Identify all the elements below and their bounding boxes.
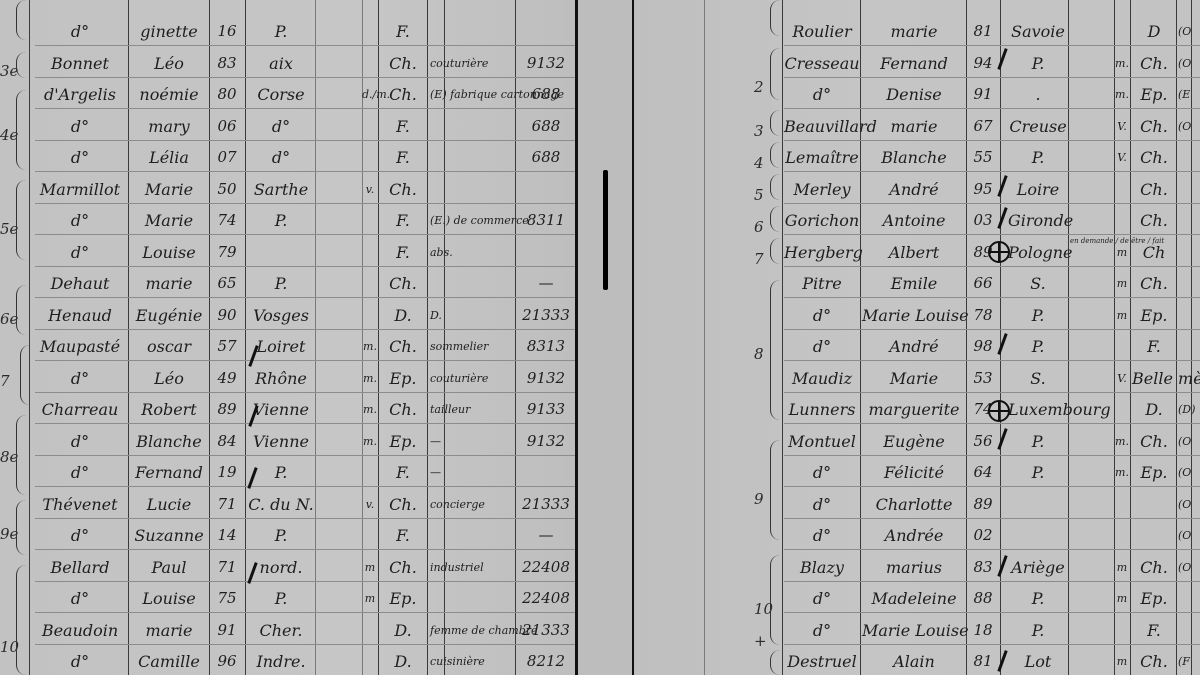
cell-year: 06 <box>210 111 244 142</box>
cell-birthplace: P. <box>248 268 314 299</box>
cell-mark <box>1178 205 1200 236</box>
cell-status: m. <box>362 426 378 457</box>
cell-code: 688 <box>517 79 575 110</box>
cell-year: 79 <box>210 237 244 268</box>
table-row: d°Louise79F.abs. <box>0 237 578 268</box>
cell-relation: Ch. <box>1132 142 1176 173</box>
cell-surname: Maupasté <box>32 331 128 362</box>
cell-relation: Ch. <box>1132 48 1176 79</box>
cell-note <box>1070 174 1114 205</box>
cell-mark: (D) <box>1178 394 1200 425</box>
cell-relation: Ch. <box>1132 205 1176 236</box>
row-rule <box>784 77 1200 78</box>
household-brace <box>770 238 781 264</box>
cell-status <box>1114 331 1130 362</box>
cell-first: Paul <box>130 552 208 583</box>
cell-year: 07 <box>210 142 244 173</box>
cell-occupation <box>430 583 530 614</box>
table-row: d°Marie Louise18P.F. <box>636 615 1200 646</box>
cell-birthplace: C. du N. <box>248 489 314 520</box>
household-number: 9 <box>754 490 764 508</box>
cell-occupation: — <box>430 457 530 488</box>
cell-year: 78 <box>968 300 998 331</box>
table-row: d°Charlotte89(O <box>636 489 1200 520</box>
cell-relation: Ep. <box>380 363 426 394</box>
cell-relation: F. <box>380 237 426 268</box>
cell-birthplace: Sarthe <box>248 174 314 205</box>
cell-year: 96 <box>210 646 244 675</box>
cell-surname: d° <box>32 142 128 173</box>
cell-occupation <box>430 520 530 551</box>
table-row: d°Marie74P.F.(E.) de commerce8311 <box>0 205 578 236</box>
cell-birthplace: d° <box>248 142 314 173</box>
cell-mark: (O <box>1178 48 1200 79</box>
cell-surname: Pitre <box>784 268 860 299</box>
cell-note <box>1070 552 1114 583</box>
cell-occupation: tailleur <box>430 394 530 425</box>
cell-relation: D <box>1132 16 1176 47</box>
household-brace <box>16 285 27 335</box>
table-row: BellardPaul71nord.mCh.industriel22408 <box>0 552 578 583</box>
cell-surname: d° <box>32 205 128 236</box>
cell-surname: d° <box>784 457 860 488</box>
cell-code <box>517 457 575 488</box>
cell-relation: Ch. <box>1132 174 1176 205</box>
table-row: d°Andrée02(O <box>636 520 1200 551</box>
cell-note <box>1070 331 1114 362</box>
cell-year: 71 <box>210 489 244 520</box>
row-rule <box>35 486 575 487</box>
table-row: CresseauFernand94P.m.Ch.(O <box>636 48 1200 79</box>
cell-year: 88 <box>968 583 998 614</box>
cell-surname: Beauvillard <box>784 111 860 142</box>
cell-first: marie <box>130 615 208 646</box>
cell-occupation: sommelier <box>430 331 530 362</box>
cell-occupation: (E.) de commerce <box>430 205 530 236</box>
cell-code <box>517 174 575 205</box>
right-register-page: Rouliermarie81SavoieD(OCresseauFernand94… <box>636 0 1200 675</box>
cell-first: mary <box>130 111 208 142</box>
cell-relation: Ch. <box>380 174 426 205</box>
household-number: + <box>754 632 767 650</box>
cell-mark: (O <box>1178 520 1200 551</box>
cell-relation: D. <box>380 300 426 331</box>
cell-first: Marie <box>130 174 208 205</box>
cell-birthplace: P. <box>248 16 314 47</box>
table-row: d°Louise75P.mEp.22408 <box>0 583 578 614</box>
cell-surname: Montuel <box>784 426 860 457</box>
cell-surname: Destruel <box>784 646 860 675</box>
cell-birthplace: Corse <box>248 79 314 110</box>
cell-status: m. <box>362 394 378 425</box>
cell-status: v. <box>362 489 378 520</box>
cell-status <box>362 300 378 331</box>
table-row: d°mary06d°F.688 <box>0 111 578 142</box>
cell-year: 71 <box>210 552 244 583</box>
cell-birthplace: Loire <box>1008 174 1068 205</box>
cell-relation: F. <box>380 111 426 142</box>
cell-code <box>517 16 575 47</box>
cell-year: 16 <box>210 16 244 47</box>
row-rule <box>784 518 1200 519</box>
cell-status: m <box>1114 268 1130 299</box>
cell-surname: Merley <box>784 174 860 205</box>
cell-first: Lucie <box>130 489 208 520</box>
cell-surname: d° <box>32 16 128 47</box>
cell-code: 22408 <box>517 552 575 583</box>
table-row: LemaîtreBlanche55P.V.Ch. <box>636 142 1200 173</box>
cell-occupation <box>430 174 530 205</box>
cell-year: 91 <box>968 79 998 110</box>
cell-first: Camille <box>130 646 208 675</box>
cell-year: 19 <box>210 457 244 488</box>
cell-birthplace: P. <box>248 583 314 614</box>
cell-surname: Charreau <box>32 394 128 425</box>
table-row: MontuelEugène56P.m.Ch.(O <box>636 426 1200 457</box>
household-number: 7 <box>754 250 764 268</box>
cell-first: Fernand <box>130 457 208 488</box>
cell-year: 14 <box>210 520 244 551</box>
cell-surname: Dehaut <box>32 268 128 299</box>
cell-year: 50 <box>210 174 244 205</box>
cell-birthplace: P. <box>1008 457 1068 488</box>
row-rule <box>35 108 575 109</box>
cell-code: 9133 <box>517 394 575 425</box>
cell-year: 66 <box>968 268 998 299</box>
table-row: Beaudoinmarie91Cher.D.femme de chambre21… <box>0 615 578 646</box>
row-rule <box>784 423 1200 424</box>
cell-relation: Ch. <box>1132 111 1176 142</box>
cell-mark <box>1178 237 1200 268</box>
cell-surname: Marmillot <box>32 174 128 205</box>
cell-surname: Roulier <box>784 16 860 47</box>
cell-year: 98 <box>968 331 998 362</box>
cell-code: 8212 <box>517 646 575 675</box>
household-number: 4 <box>754 154 764 172</box>
cell-year: 95 <box>968 174 998 205</box>
cell-birthplace: P. <box>1008 331 1068 362</box>
table-row: Blazymarius83AriègemCh.(O <box>636 552 1200 583</box>
cell-surname: d° <box>784 331 860 362</box>
household-brace <box>770 48 781 100</box>
cell-surname: Gorichon <box>784 205 860 236</box>
cell-birthplace: d° <box>248 111 314 142</box>
cell-year: 67 <box>968 111 998 142</box>
cell-first: Alain <box>862 646 966 675</box>
household-brace <box>16 52 27 78</box>
cell-relation: F. <box>1132 331 1176 362</box>
row-rule <box>35 392 575 393</box>
row-rule <box>784 297 1200 298</box>
cell-surname: d° <box>32 363 128 394</box>
cell-year: 53 <box>968 363 998 394</box>
cell-occupation <box>430 142 530 173</box>
table-row: MerleyAndré95LoireCh. <box>636 174 1200 205</box>
cell-year: 57 <box>210 331 244 362</box>
household-number: 5 <box>754 186 764 204</box>
cell-status <box>1114 16 1130 47</box>
cell-first: Louise <box>130 237 208 268</box>
row-rule <box>35 45 575 46</box>
cell-birthplace: Gironde <box>1008 205 1068 236</box>
cell-mark: (E <box>1178 79 1200 110</box>
cell-status: m. <box>1114 79 1130 110</box>
cell-occupation: abs. <box>430 237 530 268</box>
cell-note <box>1070 300 1114 331</box>
cell-relation: D. <box>380 615 426 646</box>
cell-year: 64 <box>968 457 998 488</box>
cell-status: m <box>1114 552 1130 583</box>
cell-birthplace: Cher. <box>248 615 314 646</box>
cell-status: m <box>362 552 378 583</box>
cell-note: en demande / de être / fait <box>1070 237 1114 268</box>
cell-note <box>1070 363 1114 394</box>
cell-code: 9132 <box>517 363 575 394</box>
cell-relation <box>1132 489 1176 520</box>
household-number: 2 <box>754 78 764 96</box>
row-rule <box>35 77 575 78</box>
household-brace <box>16 565 27 675</box>
household-brace <box>16 415 27 495</box>
row-rule <box>35 612 575 613</box>
cell-first: Félicité <box>862 457 966 488</box>
cell-code: 688 <box>517 142 575 173</box>
cell-first: Louise <box>130 583 208 614</box>
cell-surname: Lunners <box>784 394 860 425</box>
cell-note <box>1070 394 1114 425</box>
cell-surname: Bellard <box>32 552 128 583</box>
table-row: d°Camille96Indre.D.cuisinière8212 <box>0 646 578 675</box>
cell-code: 21333 <box>517 489 575 520</box>
cell-birthplace: Luxembourg <box>1008 394 1068 425</box>
row-rule <box>784 234 1200 235</box>
cell-code: 21333 <box>517 615 575 646</box>
cell-year: 83 <box>968 552 998 583</box>
cell-code: 688 <box>517 111 575 142</box>
cell-occupation <box>430 111 530 142</box>
household-brace <box>770 0 781 36</box>
cell-note <box>1070 520 1114 551</box>
cell-surname: d° <box>784 300 860 331</box>
cell-year: 81 <box>968 646 998 675</box>
cell-status: m. <box>1114 457 1130 488</box>
cell-occupation: concierge <box>430 489 530 520</box>
cell-first: Marie Louise <box>862 615 966 646</box>
cell-occupation <box>430 268 530 299</box>
household-number: 6 <box>754 218 764 236</box>
cell-surname: d° <box>32 520 128 551</box>
cell-birthplace <box>1008 520 1068 551</box>
row-rule <box>784 486 1200 487</box>
cell-birthplace: Indre. <box>248 646 314 675</box>
cell-year: 65 <box>210 268 244 299</box>
cell-birthplace: S. <box>1008 268 1068 299</box>
cell-birthplace: S. <box>1008 363 1068 394</box>
row-rule <box>35 171 575 172</box>
cell-relation: Ep. <box>380 583 426 614</box>
cell-relation: D. <box>380 646 426 675</box>
cell-first: marius <box>862 552 966 583</box>
household-brace <box>20 345 31 405</box>
cell-occupation: — <box>430 426 530 457</box>
gutter-edge <box>632 0 634 675</box>
cell-note <box>1070 489 1114 520</box>
cell-year: 84 <box>210 426 244 457</box>
cell-status <box>362 646 378 675</box>
cell-relation <box>1132 520 1176 551</box>
table-row: HenaudEugénie90VosgesD.D.21333 <box>0 300 578 331</box>
row-rule <box>35 455 575 456</box>
cell-status <box>362 615 378 646</box>
cell-surname: Blazy <box>784 552 860 583</box>
cell-mark: (O <box>1178 552 1200 583</box>
row-rule <box>35 140 575 141</box>
cell-note <box>1070 646 1114 675</box>
table-row: Maupastéoscar57Loiretm.Ch.sommelier8313 <box>0 331 578 362</box>
cell-birthplace <box>1008 489 1068 520</box>
cell-birthplace: P. <box>248 205 314 236</box>
cell-relation: Ch. <box>1132 552 1176 583</box>
cell-birthplace: . <box>1008 79 1068 110</box>
cell-first: Blanche <box>130 426 208 457</box>
cell-mark: (O <box>1178 457 1200 488</box>
table-row: d°Lélia07d°F.688 <box>0 142 578 173</box>
table-row: d°Marie Louise78P.mEp. <box>636 300 1200 331</box>
cell-first: Fernand <box>862 48 966 79</box>
cell-birthplace: nord. <box>248 552 314 583</box>
cell-status <box>1114 489 1130 520</box>
cell-status <box>362 237 378 268</box>
cell-relation: Ch. <box>380 48 426 79</box>
cell-note <box>1070 583 1114 614</box>
row-rule <box>35 266 575 267</box>
cell-first: marie <box>862 16 966 47</box>
household-brace <box>16 0 27 40</box>
cell-surname: Lemaître <box>784 142 860 173</box>
household-brace <box>770 280 781 420</box>
cell-birthplace: Vienne <box>248 426 314 457</box>
cell-status <box>1114 394 1130 425</box>
cell-surname: d° <box>32 457 128 488</box>
household-brace <box>770 206 781 232</box>
cell-year: 91 <box>210 615 244 646</box>
cell-surname: Maudiz <box>784 363 860 394</box>
cell-status <box>362 16 378 47</box>
row-rule <box>784 644 1200 645</box>
cell-birthplace: Vosges <box>248 300 314 331</box>
cell-birthplace: Rhône <box>248 363 314 394</box>
table-row: CharreauRobert89Viennem.Ch.tailleur9133 <box>0 394 578 425</box>
household-brace <box>16 90 27 170</box>
cell-year: 49 <box>210 363 244 394</box>
cell-code: 21333 <box>517 300 575 331</box>
cell-birthplace: P. <box>248 520 314 551</box>
table-row: d'Argelisnoémie80Corsed./m.Ch.(E) fabriq… <box>0 79 578 110</box>
cell-status <box>362 111 378 142</box>
cell-status <box>362 268 378 299</box>
cell-note <box>1070 268 1114 299</box>
row-rule <box>784 45 1200 46</box>
crossed-circle-mark <box>988 241 1010 263</box>
cell-first: Léo <box>130 48 208 79</box>
cell-code: 8313 <box>517 331 575 362</box>
cell-status <box>362 142 378 173</box>
cell-year: 83 <box>210 48 244 79</box>
cell-first: marguerite <box>862 394 966 425</box>
row-rule <box>784 329 1200 330</box>
cell-code: 22408 <box>517 583 575 614</box>
cell-surname: Thévenet <box>32 489 128 520</box>
table-row: d°Blanche84Viennem.Ep.—9132 <box>0 426 578 457</box>
cell-relation: Ch. <box>1132 268 1176 299</box>
cell-relation: Ch. <box>380 79 426 110</box>
cell-first: André <box>862 174 966 205</box>
cell-note <box>1070 457 1114 488</box>
cell-birthplace <box>248 237 314 268</box>
cell-birthplace: Savoie <box>1008 16 1068 47</box>
cell-surname: d° <box>784 79 860 110</box>
cell-first: Madeleine <box>862 583 966 614</box>
cell-year: 02 <box>968 520 998 551</box>
cell-birthplace: P. <box>1008 583 1068 614</box>
cell-relation: F. <box>1132 615 1176 646</box>
table-row: DestruelAlain81LotmCh.(F <box>636 646 1200 675</box>
cell-status: m. <box>1114 426 1130 457</box>
cell-mark <box>1178 615 1200 646</box>
table-row: BonnetLéo83aixCh.couturière9132 <box>0 48 578 79</box>
cell-relation: Ch. <box>380 331 426 362</box>
row-rule <box>784 455 1200 456</box>
cell-year: 90 <box>210 300 244 331</box>
table-row: Dehautmarie65P.Ch.— <box>0 268 578 299</box>
cell-surname: d° <box>32 426 128 457</box>
cell-relation: Ch. <box>1132 426 1176 457</box>
table-row: ThévenetLucie71C. du N.v.Ch.concierge213… <box>0 489 578 520</box>
household-number: 3 <box>754 122 764 140</box>
cell-mark <box>1178 300 1200 331</box>
cell-code: 9132 <box>517 426 575 457</box>
cell-birthplace: P. <box>248 457 314 488</box>
household-brace <box>770 650 781 675</box>
cell-first: marie <box>862 111 966 142</box>
cell-status: m <box>1114 300 1130 331</box>
cell-birthplace: P. <box>1008 48 1068 79</box>
cell-first: ginette <box>130 16 208 47</box>
cell-occupation: industriel <box>430 552 530 583</box>
table-row: Beauvillardmarie67CreuseV.Ch.(O <box>636 111 1200 142</box>
cell-status <box>1114 615 1130 646</box>
cell-first: Andrée <box>862 520 966 551</box>
cell-status: V. <box>1114 363 1130 394</box>
cell-surname: Beaudoin <box>32 615 128 646</box>
cell-status <box>1114 174 1130 205</box>
cell-status <box>362 457 378 488</box>
cell-status: m. <box>362 363 378 394</box>
cell-surname: Bonnet <box>32 48 128 79</box>
cell-mark <box>1178 583 1200 614</box>
row-rule <box>784 392 1200 393</box>
household-number: 7 <box>0 372 10 390</box>
cell-relation: Ch. <box>380 268 426 299</box>
cell-birthplace: P. <box>1008 142 1068 173</box>
row-rule <box>784 360 1200 361</box>
row-rule <box>35 644 575 645</box>
cell-status: m <box>1114 237 1130 268</box>
cell-status: m <box>1114 646 1130 675</box>
cell-status: v. <box>362 174 378 205</box>
cell-mark <box>1178 142 1200 173</box>
cell-status <box>362 48 378 79</box>
